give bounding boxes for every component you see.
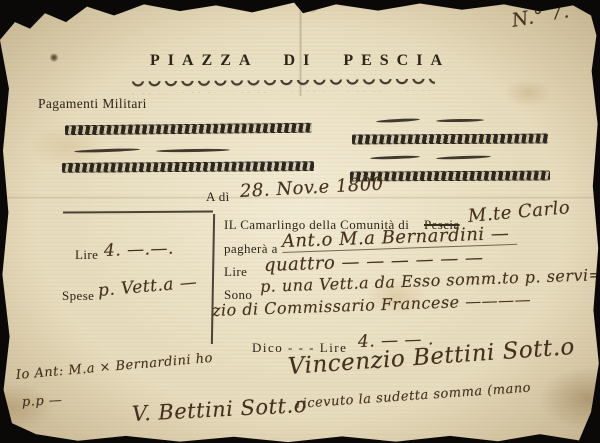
dash-line-right-2 bbox=[370, 156, 491, 159]
scallop-ornament bbox=[130, 79, 435, 94]
lire-printed: Lire bbox=[224, 264, 247, 280]
hatched-bar-right-1 bbox=[352, 133, 548, 144]
camarlingo-handwritten: M.te Carlo bbox=[467, 197, 571, 227]
box-rule-vertical bbox=[211, 214, 215, 344]
date-label: A dì bbox=[206, 189, 230, 205]
page-title: PIAZZA DI PESCIA bbox=[140, 52, 460, 70]
receipt-note-start: Io Ant: M.a ⨯ Bernardini ho bbox=[15, 351, 213, 383]
hatched-bar-left-2 bbox=[62, 161, 314, 173]
document-subtitle: Pagamenti Militari bbox=[38, 96, 147, 112]
margin-lire-label: Lire bbox=[75, 247, 98, 263]
margin-lire-value: 4. —.—. bbox=[104, 239, 175, 261]
box-rule-top bbox=[63, 210, 213, 213]
receipt-note-pp: p.p — bbox=[22, 393, 63, 410]
signature-second: V. Bettini Sott.o bbox=[131, 393, 307, 426]
document-paper: N.° 7. PIAZZA DI PESCIA Pagamenti Milita… bbox=[0, 0, 600, 443]
date-handwritten: 28. Nov.e 1800 bbox=[239, 173, 384, 202]
dash-line-left bbox=[74, 149, 230, 152]
document-number: N.° 7. bbox=[510, 0, 571, 32]
margin-spese-label: Spese bbox=[62, 288, 94, 304]
hatched-bar-left-1 bbox=[65, 123, 312, 136]
receipt-note-continued: ricevuto la sudetta somma (mano bbox=[295, 381, 531, 412]
dash-line-right-1 bbox=[376, 119, 484, 122]
margin-spese-value: p. Vett.a — bbox=[97, 272, 198, 301]
